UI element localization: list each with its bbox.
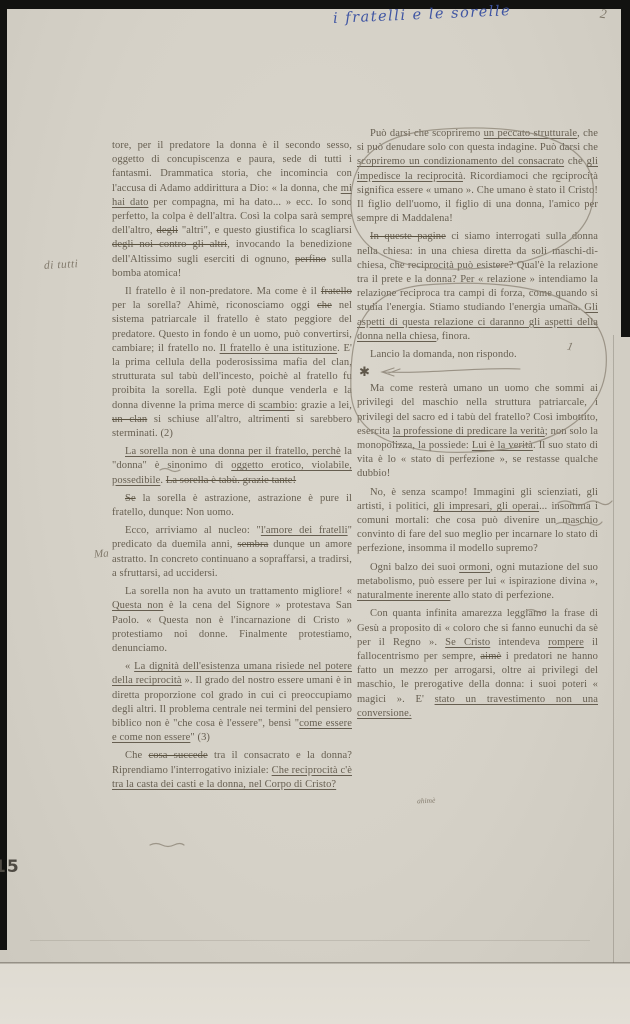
- typed-paragraph: In queste pagine ci siamo interrogati su…: [357, 230, 598, 344]
- underlined-text: gli impresari, gli operai: [433, 501, 539, 512]
- struck-text: fratello: [321, 286, 352, 297]
- margin-note-ma: Ma: [94, 548, 109, 561]
- underlined-text: l'amore dei fratelli: [261, 525, 348, 536]
- typed-text: si schiuse all'altro, altrimenti si sare…: [112, 414, 352, 439]
- typed-paragraph: Ma come resterà umano un uomo che sommi …: [357, 382, 598, 481]
- underlined-text: Il fratello è una istituzione: [220, 343, 338, 354]
- typed-text: " (3): [190, 732, 210, 743]
- underlined-text: la professione di predicare la verità: [393, 426, 545, 437]
- scan-edge-left: [0, 0, 7, 950]
- struck-text: cosa succede: [148, 750, 207, 761]
- typed-paragraph: Con quanta infinita amarezza leggiamo la…: [357, 607, 598, 721]
- paper-edge-line: [613, 335, 614, 963]
- scan-edge-right: [621, 0, 630, 337]
- typed-text: Ogni balzo dei suoi: [370, 562, 459, 573]
- struck-text: degli: [156, 225, 178, 236]
- typed-paragraph: « La dignità dell'esistenza umana risied…: [112, 660, 352, 745]
- struck-text: aimè: [480, 651, 501, 662]
- typed-text: «: [125, 661, 134, 672]
- typed-text: la sorella è astrazione, astrazione è pu…: [112, 493, 352, 518]
- struck-text: degli noi contro gli altri: [112, 239, 227, 250]
- typed-text: Può darsi che scopriremo: [370, 128, 484, 139]
- pencil-mark-2: 2: [555, 173, 562, 186]
- paper-crease: [30, 940, 590, 941]
- typed-text: Ecco, arriviamo al nucleo: ": [125, 525, 261, 536]
- underlined-text: ormoni: [459, 562, 490, 573]
- underlined-text: naturalmente inerente: [357, 590, 450, 601]
- typed-text: allo stato di perfezione.: [450, 590, 554, 601]
- underlined-text: scopriremo un condizionamento del consac…: [357, 156, 564, 167]
- typed-text: , finora.: [436, 331, 470, 342]
- typed-paragraph: Che cosa succede tra il consacrato e la …: [112, 749, 352, 792]
- typed-paragraph: Il fratello è il non-predatore. Ma come …: [112, 285, 352, 441]
- underlying-sheet: [0, 963, 630, 1024]
- typed-text: Lancio la domanda, non rispondo.: [370, 349, 517, 360]
- typed-paragraph: Se la sorella è astrazione, astrazione è…: [112, 492, 352, 520]
- underlined-text: scambio: [259, 400, 295, 411]
- typed-paragraph: No, è senza scampo! Immagini gli scienzi…: [357, 486, 598, 557]
- typed-paragraph: La sorella non ha avuto un trattamento m…: [112, 585, 352, 656]
- typed-text: "altri", e questo giustifica lo scagliar…: [178, 225, 352, 236]
- struck-text: sembra: [237, 539, 268, 550]
- underlined-text: rompere: [548, 637, 584, 648]
- underlined-text: La sorella non è una donna per il fratel…: [125, 446, 341, 457]
- typed-paragraph: Lancio la domanda, non rispondo.: [357, 348, 598, 362]
- typed-text: Il fratello è il non-predatore. Ma come …: [125, 286, 321, 297]
- typed-text: La sorella non ha avuto un trattamento m…: [125, 586, 352, 597]
- pencil-scribble: [150, 844, 184, 847]
- scanned-typescript-page: tore, per il predatore la donna è il sec…: [0, 0, 630, 1024]
- typed-text: Che: [125, 750, 148, 761]
- struck-text: perfino: [295, 254, 326, 265]
- typed-text: ci siamo interrogati sulla donna nella c…: [357, 231, 598, 313]
- typed-paragraph: tore, per il predatore la donna è il sec…: [112, 139, 352, 281]
- typed-paragraph: La sorella non è una donna per il fratel…: [112, 445, 352, 488]
- typed-text: per la sorella? Ahimè, riconosciamo oggi: [112, 300, 317, 311]
- underlined-text: Questa non: [112, 600, 163, 611]
- pencil-dash-line: [372, 366, 522, 378]
- underlined-text: Lui è la verità: [472, 440, 533, 451]
- struck-text: un clan: [112, 414, 147, 425]
- underlined-text: un peccato strutturale: [484, 128, 578, 139]
- sheet-bottom-edge: [0, 962, 630, 964]
- asterisk-divider: ✱: [359, 367, 370, 377]
- underlined-text: Se Cristo: [445, 637, 490, 648]
- struck-text: In queste pagine: [370, 231, 446, 242]
- section-divider: ✱: [359, 366, 598, 378]
- struck-text: che: [317, 300, 332, 311]
- scan-edge-top: [0, 0, 630, 9]
- typed-text: : grazie a lei,: [295, 400, 352, 411]
- typed-text: che: [564, 156, 587, 167]
- pencil-page-number: 2: [599, 6, 608, 23]
- margin-note-di-tutti: di tutti: [44, 258, 79, 272]
- edge-page-stamp: 15: [0, 857, 20, 877]
- struck-text: La sorella è tabù. grazie tante!: [166, 475, 296, 486]
- typed-paragraph: Ecco, arriviamo al nucleo: "l'amore dei …: [112, 524, 352, 581]
- typed-column-left: tore, per il predatore la donna è il sec…: [112, 139, 352, 796]
- typed-text: tore, per il predatore la donna è il sec…: [112, 140, 352, 194]
- typed-column-right: Può darsi che scopriremo un peccato stru…: [357, 127, 598, 725]
- pencil-correction-ahime: ahimè: [417, 796, 436, 806]
- struck-text: Se: [125, 493, 136, 504]
- typed-paragraph: Ogni balzo dei suoi ormoni, ogni mutazio…: [357, 561, 598, 604]
- typed-text: intendeva: [490, 637, 548, 648]
